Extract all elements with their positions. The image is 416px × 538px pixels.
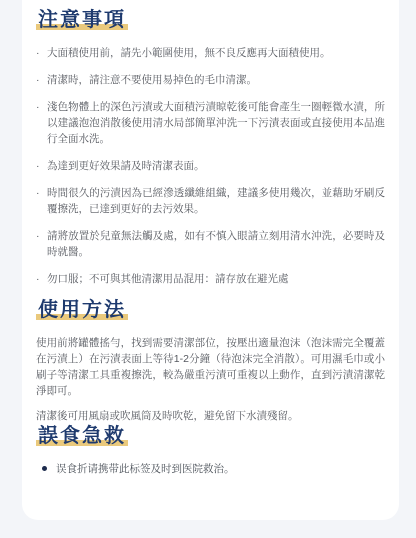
precautions-list: 大面積使用前，請先小範圍使用，無不良反應再大面積使用。 清潔時，請注意不要使用易… <box>36 45 385 287</box>
page-background: { "colors": { "page_background": "#f3f5f… <box>0 0 416 538</box>
first-aid-list: 误食折请携带此标签及时到医院救治。 <box>36 461 385 477</box>
section-first-aid: 誤食急救 误食折请携带此标签及时到医院救治。 <box>36 424 385 477</box>
list-item: 淺色物體上的深色污漬或大面積污漬晾乾後可能會產生一圈輕微水漬，所以建議泡泡消散後… <box>36 99 385 147</box>
section-title-first-aid: 誤食急救 <box>36 424 128 448</box>
section-title-usage: 使用方法 <box>36 298 128 322</box>
content-card: 注意事項 大面積使用前，請先小範圍使用，無不良反應再大面積使用。 清潔時，請注意… <box>22 0 399 520</box>
list-item: 勿口服；不可與其他清潔用品混用：請存放在避光處 <box>36 271 385 287</box>
list-item: 大面積使用前，請先小範圍使用，無不良反應再大面積使用。 <box>36 45 385 61</box>
list-item: 清潔時，請注意不要使用易掉色的毛巾清潔。 <box>36 72 385 88</box>
list-item: 為達到更好效果請及時清潔表面。 <box>36 158 385 174</box>
usage-paragraph: 使用前將罐體搖勻，找到需要清潔部位，按壓出適量泡沫（泡沫需完全覆蓋在污漬上）在污… <box>36 335 385 399</box>
section-title-precautions: 注意事項 <box>36 8 128 32</box>
list-item: 時間很久的污漬因為已經滲透纖維組織，建議多使用幾次，並藉助牙刷反覆擦洗，已達到更… <box>36 185 385 217</box>
list-item: 误食折请携带此标签及时到医院救治。 <box>42 461 385 477</box>
list-item: 請將放置於兒童無法觸及處，如有不慎入眼請立刻用清水沖洗，必要時及時就醫。 <box>36 228 385 260</box>
section-usage: 使用方法 使用前將罐體搖勻，找到需要清潔部位，按壓出適量泡沫（泡沫需完全覆蓋在污… <box>36 298 385 424</box>
usage-paragraph: 清潔後可用風扇或吹風筒及時吹乾，避免留下水漬殘留。 <box>36 408 385 424</box>
section-precautions: 注意事項 大面積使用前，請先小範圍使用，無不良反應再大面積使用。 清潔時，請注意… <box>36 8 385 287</box>
